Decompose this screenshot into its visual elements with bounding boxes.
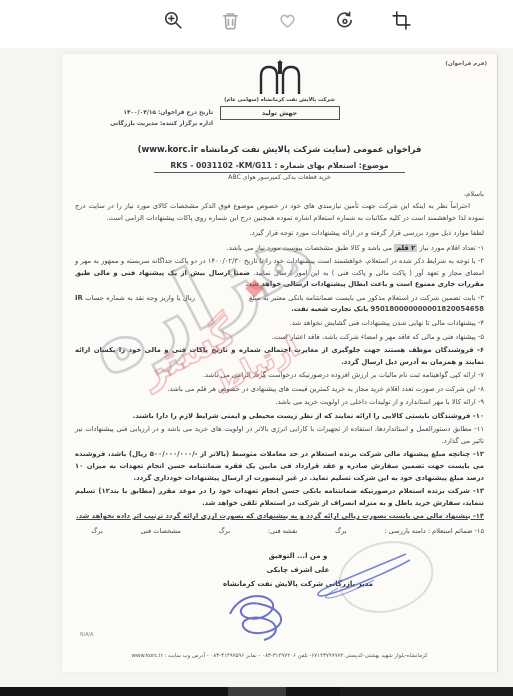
subject-line: موضوع: استعلام بهای شماره : RKS - 003110… [75, 161, 484, 170]
bottom-system-bar [0, 687, 513, 696]
slogan-box: جهش تولید [220, 106, 340, 120]
list-item-13: ۱۳- شرکت برنده استعلام درصورتیکه ضمانتنا… [75, 486, 484, 509]
quantity-highlight: ۲ قلم [394, 244, 417, 252]
announcement-date: تاریخ درج فراخوان: ۱۴۰۰/۰۴/۱۵ [81, 108, 213, 119]
list-item-12: ۱۲- چنانچه مبلغ پیشنهاد مالی شرکت برنده … [75, 449, 484, 484]
salutation: باسلام، [75, 190, 484, 198]
list-item-11: ۱۱- مطابق دستورالعمل و استانداردها، استف… [75, 424, 484, 447]
document-page[interactable]: (فرم فراخوان) شرکت پالایش نفت کرمانشاه (… [62, 54, 498, 672]
signatory-title: مدیر بازرگانی شرکت پالایش نفت کرمانشاه [193, 577, 403, 591]
list-item-14: ۱۴- پیشنهاد مالی می بایست بصورت ریالی ار… [75, 511, 484, 523]
amount-blank [195, 299, 249, 300]
list-item-5: ۵- پیشنهاد فنی و مالی که فاقد مهر و امضا… [75, 332, 484, 344]
announcement-meta: تاریخ درج فراخوان: ۱۴۰۰/۰۴/۱۵ اداره برگز… [81, 108, 213, 130]
trash-icon[interactable] [219, 8, 243, 32]
closing-phrase: و من ا... التوفیق [193, 549, 403, 563]
intro-paragraph: احتراماً نظر به اینکه این شرکت جهت تأمین… [75, 201, 484, 225]
organizing-office: اداره برگزار کننده: مدیریت بازرگانی [81, 119, 213, 130]
bottom-bar-segment [340, 687, 513, 696]
toolbar [0, 8, 513, 32]
list-item-1: ۱- تعداد اقلام مورد نیاز ۲ قلم می باشد و… [75, 243, 484, 255]
heart-icon[interactable] [276, 8, 300, 32]
list-item-8: ۸- این شرکت در صورت تعدد اقلام خرید مجاز… [75, 384, 484, 396]
intro-note: لطفا موارد ذیل مورد بررسی قرار گرفته و د… [75, 228, 484, 240]
company-name: شرکت پالایش نفت کرمانشاه (سهامی عام) [224, 97, 335, 103]
photo-viewer: (فرم فراخوان) شرکت پالایش نفت کرمانشاه (… [0, 0, 513, 696]
list-item-9: ۹- ارائه کالا با مهر استاندارد و از تولی… [75, 397, 484, 409]
rotate-icon[interactable] [333, 8, 357, 32]
document-footer: کرمانشاه-بلوار شهید بهشتی-کدپستی ۶۷۱۴۳۷۹… [62, 653, 497, 659]
list-item-7: ۷- ارائه کپی گواهینامه ثبت نام مالیات بر… [75, 370, 484, 382]
bottom-bar-segment [228, 687, 286, 696]
signature-scribble-left [220, 588, 298, 646]
crop-icon[interactable] [390, 8, 414, 32]
zoom-in-icon[interactable] [162, 8, 186, 32]
page-title: فراخوان عمومی (سایت شرکت پالایش نفت کرما… [75, 144, 484, 154]
document-header: شرکت پالایش نفت کرمانشاه (سهامی عام) جهش… [75, 60, 484, 138]
signature-block: و من ا... التوفیق علی اشرف چابکی مدیر با… [193, 549, 403, 592]
list-item-4: ۴- پیشنهادات مالی تا نهایی شدن پیشنهادات… [75, 318, 484, 330]
list-item-10: ۱۰- فروشندگان بایستی کالایی را ارائه نما… [75, 411, 484, 423]
company-logo-icon [257, 60, 303, 96]
list-item-3: ۳- بابت تضمین شرکت در استعلام مذکور می ب… [75, 293, 484, 316]
conditions-list: ۱- تعداد اقلام مورد نیاز ۲ قلم می باشد و… [75, 243, 484, 535]
list-item-2: ۲- با توجه به شرایط ذکر شده در استعلام، … [75, 256, 484, 291]
subject-detail: خرید قطعات یدکی کمپرسور هوای ABC [75, 174, 484, 181]
list-item-6: ۶- فروشندگان موظف هستند جهت جلوگیری از م… [75, 345, 484, 368]
list-item-15: ۱۵- ضمائم استعلام : دامنه بازرسی : برگ ن… [91, 527, 484, 535]
signatory-name: علی اشرف چابکی [193, 563, 403, 577]
reference-code: N/A/A [80, 633, 93, 638]
